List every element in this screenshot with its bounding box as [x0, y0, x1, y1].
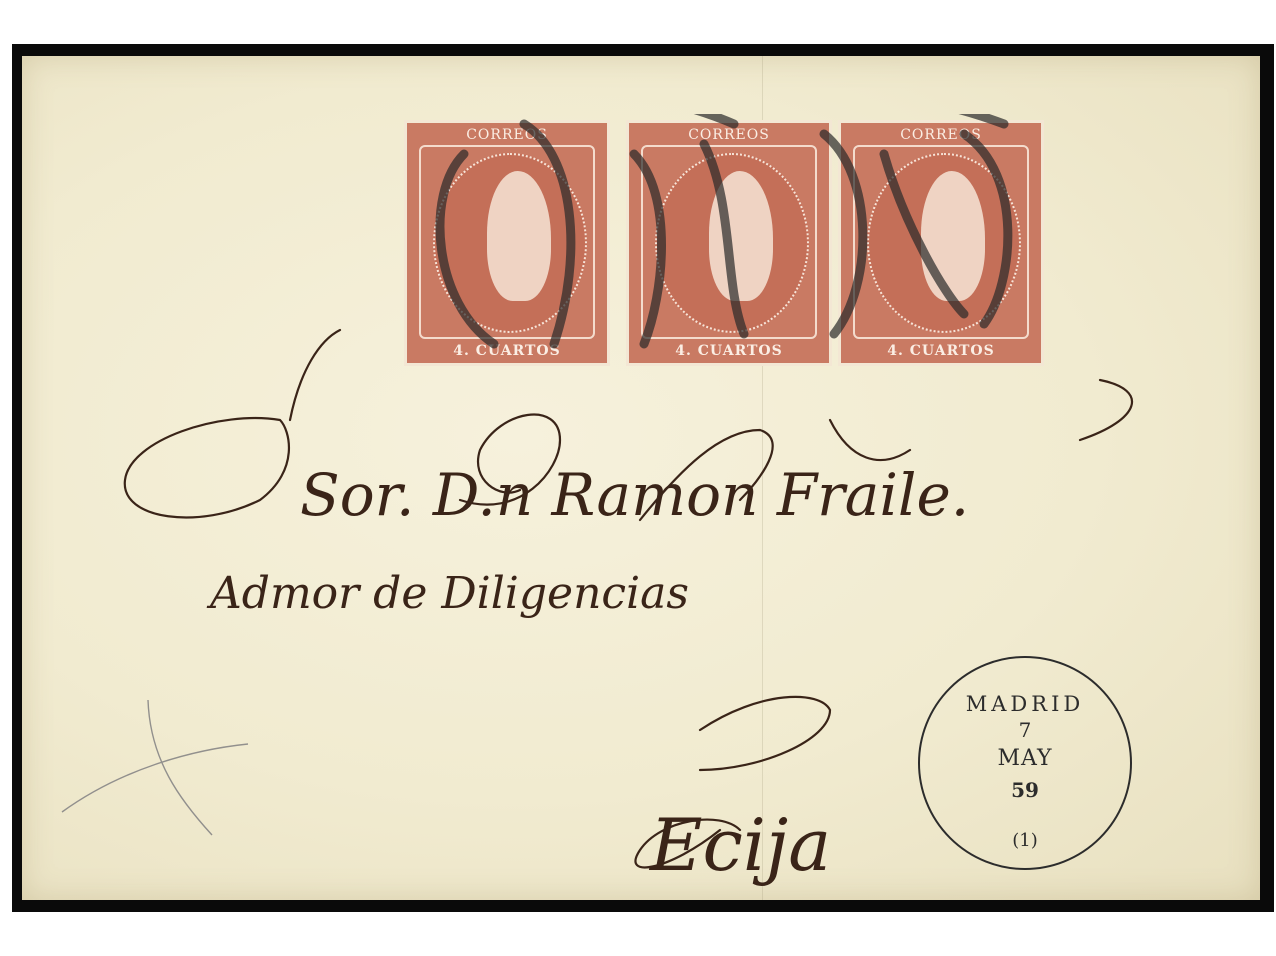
stamp-2: CORREOS 4. CUARTOS: [626, 120, 832, 366]
postmark-number: (1): [920, 830, 1130, 851]
stamp-top-text: CORREOS: [841, 127, 1041, 143]
queen-portrait: [433, 153, 587, 333]
stamp-value: 4. CUARTOS: [629, 343, 829, 359]
portrait-head: [921, 171, 985, 301]
postmark-city: MADRID: [920, 692, 1130, 716]
queen-portrait: [867, 153, 1021, 333]
portrait-head: [487, 171, 551, 301]
madrid-postmark: MADRID 7 MAY 59 (1): [918, 656, 1132, 870]
stamp-strip: CORREOS 4. CUARTOS CORREOS 4. CUARTOS CO…: [404, 114, 1048, 372]
postmark-year: 59: [920, 778, 1130, 802]
stamp-3: CORREOS 4. CUARTOS: [838, 120, 1044, 366]
queen-portrait: [655, 153, 809, 333]
portrait-head: [709, 171, 773, 301]
stamp-top-text: CORREOS: [407, 127, 607, 143]
stamp-1: CORREOS 4. CUARTOS: [404, 120, 610, 366]
stamp-value: 4. CUARTOS: [841, 343, 1041, 359]
postmark-day: 7: [920, 718, 1130, 742]
stamp-top-text: CORREOS: [629, 127, 829, 143]
postmark-month: MAY: [920, 746, 1130, 771]
stamp-value: 4. CUARTOS: [407, 343, 607, 359]
